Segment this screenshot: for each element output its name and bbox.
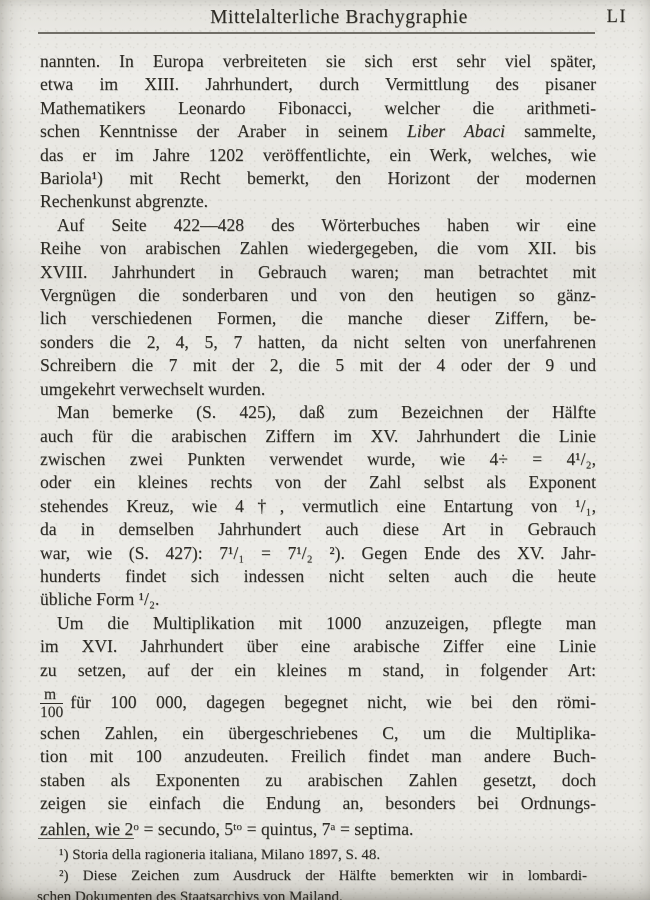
text-segment: = secundo, 5 <box>139 819 233 839</box>
text-line: lich verschiedenen Formen, die manche di… <box>40 307 596 330</box>
text-line: Rechenkunst abgrenzte. <box>40 190 596 213</box>
scanned-book-page: Mittelalterliche Brachygraphie LI nannte… <box>0 0 650 900</box>
text-line: schen Kenntnisse der Araber in seinem Li… <box>40 120 596 143</box>
text-line: auch für die arabischen Ziffern im XV. J… <box>40 425 596 448</box>
text-line: da in demselben Jahrhundert auch diese A… <box>40 518 596 541</box>
paragraph-2: Auf Seite 422—428 des Wörterbuches haben… <box>40 214 596 401</box>
ordinal-superscript: to <box>233 821 242 833</box>
text-line: Man bemerke (S. 425), daß zum Bezeichnen… <box>40 401 596 424</box>
page-number: LI <box>607 7 627 28</box>
text-line: nannten. In Europa verbreiteten sie sich… <box>40 50 596 73</box>
footnote-line: ²) Diese Zeichen zum Ausdruck der Hälfte… <box>37 866 587 887</box>
fraction-m-over-100: m100 <box>40 687 63 722</box>
page-title: Mittelalterliche Brachygraphie <box>210 7 468 28</box>
text-segment: = quintus, 7 <box>242 819 330 839</box>
text-line: Schreibern die 7 mit der 2, die 5 mit de… <box>40 354 596 377</box>
text-line: war, wie (S. 427): 7¹/₁ = 7¹/₂ ²). Gegen… <box>40 542 596 565</box>
text-line: umgekehrt verwechselt wurden. <box>40 378 596 401</box>
text-line: hunderts findet sich indessen nicht selt… <box>40 565 596 588</box>
text-line: zu setzen, auf der ein kleines m stand, … <box>40 659 596 682</box>
fraction-denominator: 100 <box>40 703 63 721</box>
text-line: das er im Jahre 1202 veröffentlichte, ei… <box>40 144 596 167</box>
footnote-line: schen Dokumenten des Staatsarchivs von M… <box>37 887 587 900</box>
text-line: übliche Form ¹/₂. <box>40 588 596 611</box>
text-line: Bariola¹) mit Recht bemerkt, den Horizon… <box>40 167 596 190</box>
text-line: Mathematikers Leonardo Fibonacci, welche… <box>40 97 596 120</box>
text-line: zwischen zwei Punkten verwendet wurde, w… <box>40 448 596 471</box>
text-segment: zahlen, wie 2 <box>40 819 133 839</box>
paragraph-1: nannten. In Europa verbreiteten sie sich… <box>40 50 596 214</box>
text-line: zeigen sie einfach die Endung an, besond… <box>40 792 596 815</box>
text-segment: schen Kenntnisse der Araber in seinem <box>40 121 407 141</box>
paragraph-3: Man bemerke (S. 425), daß zum Bezeichnen… <box>40 401 596 612</box>
text-line: staben als Exponenten zu arabischen Zahl… <box>40 769 596 792</box>
text-line: schen Zahlen, ein übergeschriebenes C, u… <box>40 722 596 745</box>
paragraph-4: Um die Multiplikation mit 1000 anzuzeige… <box>40 612 596 841</box>
text-line: XVIII. Jahrhundert in Gebrauch waren; ma… <box>40 261 596 284</box>
text-line: Um die Multiplikation mit 1000 anzuzeige… <box>40 612 596 635</box>
header-rule <box>38 32 595 34</box>
text-line-with-fraction: m100für 100 000, dagegen begegnet nicht,… <box>40 682 596 722</box>
text-line: im XVI. Jahrhundert über eine arabische … <box>40 635 596 658</box>
text-block: nannten. In Europa verbreiteten sie sich… <box>40 50 596 841</box>
text-line: etwa im XIII. Jahrhundert, durch Vermitt… <box>40 73 596 96</box>
fraction-numerator: m <box>40 687 63 703</box>
book-title-italic: Liber Abaci <box>407 121 505 141</box>
text-line: tion mit 100 anzudeuten. Freilich findet… <box>40 745 596 768</box>
running-header: Mittelalterliche Brachygraphie <box>14 7 650 29</box>
text-line: Vergnügen die sonderbaren und von den he… <box>40 284 596 307</box>
text-line: Auf Seite 422—428 des Wörterbuches haben… <box>40 214 596 237</box>
text-line: stehendes Kreuz, wie 4†, vermutlich eine… <box>40 495 596 518</box>
text-line: oder ein kleines rechts von der Zahl sel… <box>40 471 596 494</box>
text-segment: sammelte, <box>505 121 596 141</box>
text-segment: für 100 000, dagegen begegnet nicht, wie… <box>70 692 596 712</box>
footnote-line: ¹) Storia della ragioneria italiana, Mil… <box>37 845 587 866</box>
text-line: sonders die 2, 4, 5, 7 hatten, da nicht … <box>40 331 596 354</box>
footnote-rule <box>38 838 134 839</box>
footnotes: ¹) Storia della ragioneria italiana, Mil… <box>37 845 587 900</box>
text-line: Reihe von arabischen Zahlen wiedergegebe… <box>40 237 596 260</box>
text-segment: = septima. <box>336 819 414 839</box>
